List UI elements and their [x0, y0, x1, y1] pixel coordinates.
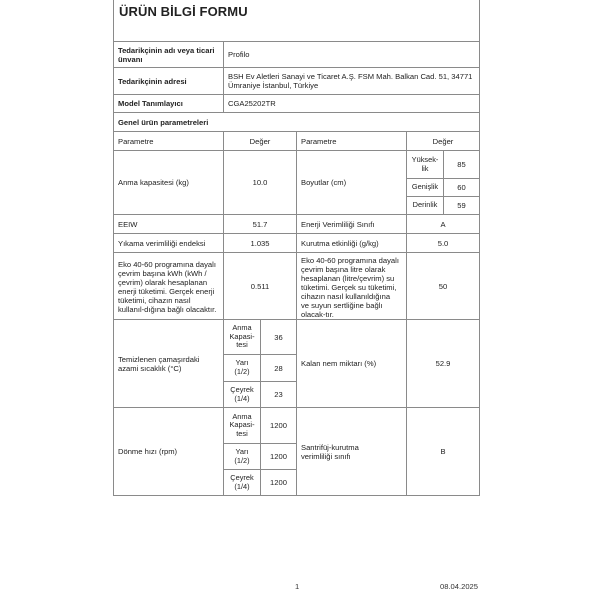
capacity-value: 10.0 — [223, 150, 297, 215]
washing-index-value: 1.035 — [223, 233, 297, 253]
energy-consumption-label: Eko 40-60 programına dayalı çevrim başın… — [113, 252, 224, 320]
header-param-1: Parametre — [113, 131, 224, 151]
moisture-value: 52.9 — [406, 319, 480, 408]
spin-speed-sub-value: 1200 — [260, 469, 297, 496]
energy-class-value: A — [406, 214, 480, 234]
spin-speed-sub-label: Yarı (1/2) — [223, 443, 261, 470]
eeiw-value: 51.7 — [223, 214, 297, 234]
width-value: 60 — [443, 178, 480, 197]
header-value-1: Değer — [223, 131, 297, 151]
max-temperature-sub-label: Anma Kapasi-tesi — [223, 319, 261, 355]
max-temperature-sub-value: 28 — [260, 354, 297, 382]
supplier-address-value: BSH Ev Aletleri Sanayi ve Ticaret A.Ş. F… — [223, 67, 480, 95]
height-label: Yüksek-lik — [406, 150, 444, 179]
spin-speed-sub-value: 1200 — [260, 407, 297, 444]
water-consumption-value: 50 — [406, 252, 480, 320]
spin-class-value: B — [406, 407, 480, 496]
max-temperature-sub-value: 36 — [260, 319, 297, 355]
max-temperature-sub-label: Çeyrek (1/4) — [223, 381, 261, 408]
footer-date: 08.04.2025 — [440, 582, 478, 591]
moisture-label: Kalan nem miktarı (%) — [296, 319, 407, 408]
model-value: CGA25202TR — [223, 94, 480, 113]
max-temperature-sub-value: 23 — [260, 381, 297, 408]
energy-class-label: Enerji Verimliliği Sınıfı — [296, 214, 407, 234]
capacity-label: Anma kapasitesi (kg) — [113, 150, 224, 215]
energy-consumption-value: 0.511 — [223, 252, 297, 320]
rinsing-value: 5.0 — [406, 233, 480, 253]
washing-index-label: Yıkama verimliliği endeksi — [113, 233, 224, 253]
width-label: Genişlik — [406, 178, 444, 197]
supplier-name-label: Tedarikçinin adı veya ticari ünvanı — [113, 41, 224, 68]
dimensions-label: Boyutlar (cm) — [296, 150, 407, 215]
spin-speed-sub-value: 1200 — [260, 443, 297, 470]
spin-class-label: Santrifüj-kurutma verimliliği sınıfı — [296, 407, 407, 496]
eeiw-label: EEIW — [113, 214, 224, 234]
max-temperature-sub-label: Yarı (1/2) — [223, 354, 261, 382]
spin-speed-sub-label: Çeyrek (1/4) — [223, 469, 261, 496]
height-value: 85 — [443, 150, 480, 179]
depth-label: Derinlik — [406, 196, 444, 215]
supplier-name-value: Profilo — [223, 41, 480, 68]
model-label: Model Tanımlayıcı — [113, 94, 224, 113]
section-title: Genel ürün parametreleri — [113, 112, 480, 132]
max-temperature-label: Temizlenen çamaşırdaki azami sıcaklık (°… — [113, 319, 224, 408]
spin-speed-label: Dönme hızı (rpm) — [113, 407, 224, 496]
rinsing-label: Kurutma etkinliği (g/kg) — [296, 233, 407, 253]
header-param-2: Parametre — [296, 131, 407, 151]
spin-speed-sub-label: Anma Kapasi-tesi — [223, 407, 261, 444]
header-value-2: Değer — [406, 131, 480, 151]
water-consumption-label: Eko 40-60 programına dayalı çevrim başın… — [296, 252, 407, 320]
depth-value: 59 — [443, 196, 480, 215]
form-title: ÜRÜN BİLGİ FORMU — [113, 0, 480, 42]
supplier-address-label: Tedarikçinin adresi — [113, 67, 224, 95]
page-number: 1 — [295, 582, 299, 591]
